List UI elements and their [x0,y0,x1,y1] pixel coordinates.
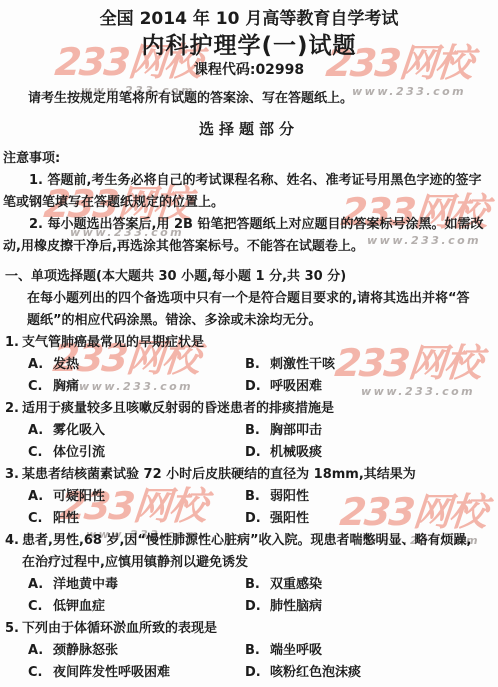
option-label: B. [245,354,262,376]
question-item-1: 1. 支气管肺癌最常见的早期症状是 A.发热 B.刺激性干咳 C.胸痛 D.呼吸… [0,332,498,398]
question-list: 1. 支气管肺癌最常见的早期症状是 A.发热 B.刺激性干咳 C.胸痛 D.呼吸… [0,332,498,684]
option-text: 端坐呼吸 [270,643,322,658]
option-label: A. [28,640,45,662]
option-c: C.夜间阵发性呼吸困难 [28,662,245,684]
option-text: 夜间阵发性呼吸困难 [53,665,170,680]
part-one-heading: 一、单项选择题(本大题共 30 小题,每小题 1 分,共 30 分) [0,266,498,288]
option-text: 颈静脉怒张 [53,643,118,658]
option-d: D.肺性脑病 [245,596,498,618]
note-item-1: 1. 答题前,考生务必将自己的考试课程名称、姓名、准考证号用黑色字迹的签字笔或钢… [3,170,494,214]
option-b: B.端坐呼吸 [245,640,498,662]
question-text: 某患者结核菌素试验 72 小时后皮肤硬结的直径为 18mm,其结果为 [22,467,416,482]
question-text: 支气管肺癌最常见的早期症状是 [22,335,204,350]
question-options: A.颈静脉怒张 B.端坐呼吸 C.夜间阵发性呼吸困难 D.咳粉红色泡沫痰 [28,640,498,684]
option-text: 可疑阳性 [53,489,105,504]
option-text: 胸部叩击 [270,423,322,438]
option-label: A. [28,486,45,508]
exam-content: 全国 2014 年 10 月高等教育自学考试 内科护理学(一)试题 课程代码:0… [0,0,498,684]
option-label: C. [28,508,45,530]
option-text: 呼吸困难 [270,379,322,394]
option-text: 刺激性干咳 [270,357,335,372]
option-label: D. [245,442,262,464]
option-c: C.低钾血症 [28,596,245,618]
question-options: A.雾化吸入 B.胸部叩击 C.体位引流 D.机械吸痰 [28,420,498,464]
question-number: 3. [5,464,19,486]
option-text: 洋地黄中毒 [53,577,118,592]
option-label: B. [245,574,262,596]
option-b: B.刺激性干咳 [245,354,498,376]
exam-notes: 注意事项: 1. 答题前,考生务必将自己的考试课程名称、姓名、准考证号用黑色字迹… [0,148,498,258]
option-text: 机械吸痰 [270,445,322,460]
option-text: 肺性脑病 [270,599,322,614]
question-stem: 2. 适用于痰量较多且咳嗽反射弱的昏迷患者的排痰措施是 [0,398,498,420]
option-text: 发热 [53,357,79,372]
option-text: 双重感染 [270,577,322,592]
option-label: B. [245,486,262,508]
option-a: A.颈静脉怒张 [28,640,245,662]
question-number: 2. [5,398,19,420]
option-label: B. [245,640,262,662]
option-d: D.机械吸痰 [245,442,498,464]
course-code: 课程代码:02998 [0,61,498,80]
answer-sheet-notice: 请考生按规定用笔将所有试题的答案涂、写在答题纸上。 [0,91,498,107]
option-label: D. [245,596,262,618]
question-text: 患者,男性,68 岁,因“慢性肺源性心脏病”收入院。现患者喘憋明显、略有烦躁,在… [22,533,471,570]
option-text: 低钾血症 [53,599,105,614]
option-text: 咳粉红色泡沫痰 [270,665,361,680]
option-text: 雾化吸入 [53,423,105,438]
question-options: A.发热 B.刺激性干咳 C.胸痛 D.呼吸困难 [28,354,498,398]
option-label: C. [28,376,45,398]
exam-session-title: 全国 2014 年 10 月高等教育自学考试 [0,7,498,31]
option-a: A.洋地黄中毒 [28,574,245,596]
question-stem: 3. 某患者结核菌素试验 72 小时后皮肤硬结的直径为 18mm,其结果为 [0,464,498,486]
note-item-2: 2. 每小题选出答案后,用 2B 铅笔把答题纸上对应题目的答案标号涂黑。如需改动… [3,214,494,258]
option-label: D. [245,376,262,398]
option-label: A. [28,420,45,442]
option-a: A.发热 [28,354,245,376]
option-text: 阳性 [53,511,79,526]
exam-subject-title: 内科护理学(一)试题 [0,31,498,61]
question-number: 4. [5,530,19,552]
option-d: D.咳粉红色泡沫痰 [245,662,498,684]
option-label: C. [28,662,45,684]
option-label: C. [28,596,45,618]
exam-paper-page: 233网校 www.233.com 233网校 www.233.com 233网… [0,0,498,687]
option-b: B.弱阳性 [245,486,498,508]
option-text: 胸痛 [53,379,79,394]
question-stem: 5. 下列由于体循环淤血所致的表现是 [0,618,498,640]
part-one-instruction: 在每小题列出的四个备选项中只有一个是符合题目要求的,请将其选出并将“答题纸”的相… [27,288,479,332]
question-text: 下列由于体循环淤血所致的表现是 [22,621,217,636]
option-label: A. [28,574,45,596]
option-label: B. [245,420,262,442]
question-options: A.洋地黄中毒 B.双重感染 C.低钾血症 D.肺性脑病 [28,574,498,618]
question-stem: 4. 患者,男性,68 岁,因“慢性肺源性心脏病”收入院。现患者喘憋明显、略有烦… [0,530,498,574]
option-d: D.强阳性 [245,508,498,530]
question-item-2: 2. 适用于痰量较多且咳嗽反射弱的昏迷患者的排痰措施是 A.雾化吸入 B.胸部叩… [0,398,498,464]
option-a: A.雾化吸入 [28,420,245,442]
question-item-3: 3. 某患者结核菌素试验 72 小时后皮肤硬结的直径为 18mm,其结果为 A.… [0,464,498,530]
question-stem: 1. 支气管肺癌最常见的早期症状是 [0,332,498,354]
section-title: 选择题部分 [0,119,498,139]
question-number: 1. [5,332,19,354]
part-one: 一、单项选择题(本大题共 30 小题,每小题 1 分,共 30 分) 在每小题列… [0,266,498,332]
question-item-4: 4. 患者,男性,68 岁,因“慢性肺源性心脏病”收入院。现患者喘憋明显、略有烦… [0,530,498,618]
option-text: 强阳性 [270,511,309,526]
option-text: 体位引流 [53,445,105,460]
notes-heading: 注意事项: [3,148,494,170]
option-c: C.阳性 [28,508,245,530]
option-label: D. [245,508,262,530]
option-c: C.体位引流 [28,442,245,464]
option-label: D. [245,662,262,684]
question-number: 5. [5,618,19,640]
option-b: B.双重感染 [245,574,498,596]
question-text: 适用于痰量较多且咳嗽反射弱的昏迷患者的排痰措施是 [22,401,334,416]
option-a: A.可疑阳性 [28,486,245,508]
option-d: D.呼吸困难 [245,376,498,398]
option-text: 弱阳性 [270,489,309,504]
option-label: A. [28,354,45,376]
question-item-5: 5. 下列由于体循环淤血所致的表现是 A.颈静脉怒张 B.端坐呼吸 C.夜间阵发… [0,618,498,684]
option-b: B.胸部叩击 [245,420,498,442]
option-label: C. [28,442,45,464]
option-c: C.胸痛 [28,376,245,398]
question-options: A.可疑阳性 B.弱阳性 C.阳性 D.强阳性 [28,486,498,530]
